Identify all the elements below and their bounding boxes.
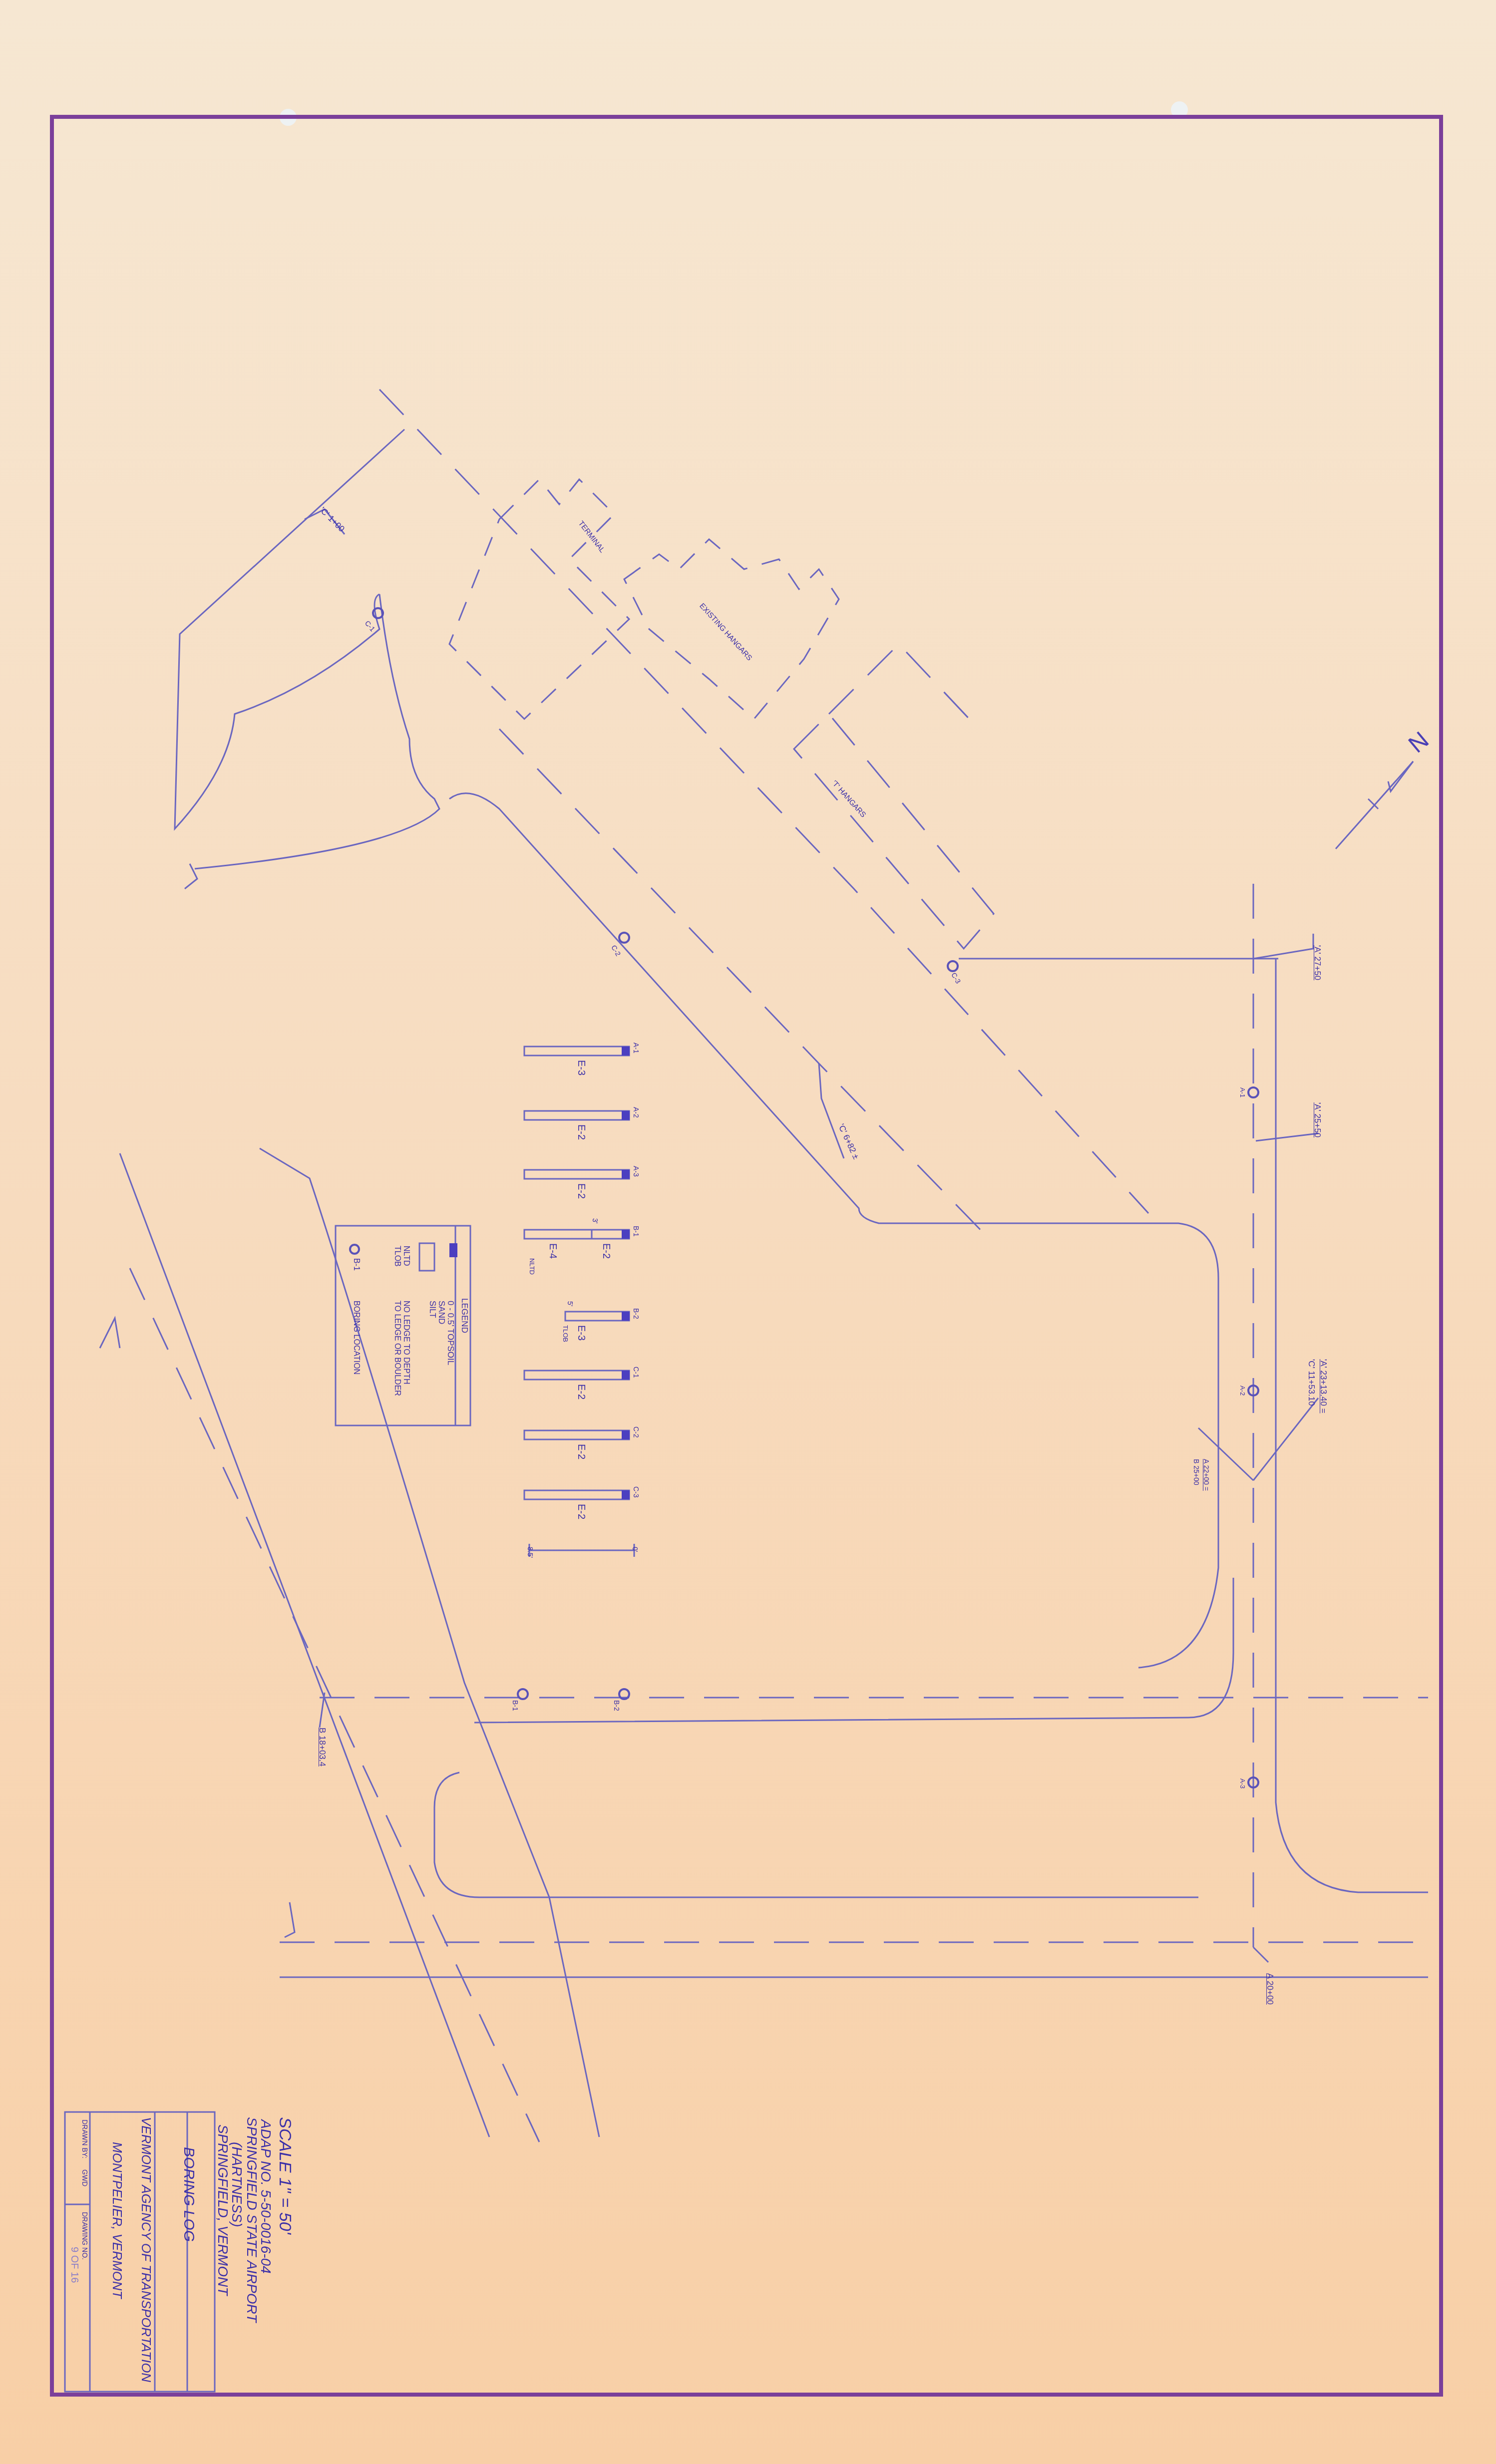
terminal-building: [449, 479, 629, 719]
leader-a-23-13: [1253, 1398, 1318, 1480]
legend-topsoil: 0 - 0.5' TOPSOIL: [445, 1301, 455, 1365]
log-class-2: E-4: [547, 1243, 558, 1259]
drawn-by-label: DRAWN BY:: [81, 2119, 89, 2158]
log-depth-mark: 3': [591, 1218, 599, 1223]
drawn-by-value: GWD: [81, 2169, 89, 2186]
leader-c-6-82: [819, 1063, 844, 1158]
boring-label: B-1: [511, 1700, 519, 1711]
break-mark: [185, 864, 197, 889]
airport-name: SPRINGFIELD STATE AIRPORT: [244, 2117, 260, 2322]
drawing-no-value: 9 OF 16: [68, 2247, 80, 2283]
existing-hangars-building: [624, 539, 839, 719]
taxiway-b-edge-bottom: [434, 1772, 1198, 1897]
log-id: B-1: [632, 1226, 640, 1237]
break-mark: [285, 1902, 295, 1937]
log-class: E-2: [575, 1183, 587, 1199]
station-a-20-00: A 20+00: [1265, 1973, 1275, 2005]
site-plan: N: [0, 0, 1496, 2464]
station-a-22-00: A 22+00 =: [1202, 1459, 1210, 1491]
boring-label: A-1: [1239, 1087, 1246, 1097]
scale-label: SCALE 1" = 50': [275, 2117, 295, 2234]
t-hangars-building: [794, 714, 994, 949]
log-class: E-3: [575, 1060, 587, 1075]
legend-tlob-abbr: TLOB: [392, 1246, 401, 1267]
log-class: E-2: [575, 1124, 587, 1140]
agency-city: MONTPELIER, VERMONT: [109, 2142, 125, 2298]
taxiway-b-edge-top: [474, 1578, 1233, 1723]
taxiway-c-centerline: [499, 729, 989, 1238]
log-id: A-1: [632, 1043, 640, 1054]
log-id: C-2: [632, 1426, 640, 1438]
leader-a-25-50: [1256, 1133, 1318, 1141]
legend-boring-symbol-label: B-1: [352, 1258, 361, 1271]
log-id: B-2: [632, 1308, 640, 1319]
north-label: N: [1404, 727, 1434, 758]
log-id: C-1: [632, 1367, 640, 1378]
log-depth-mark: 5': [566, 1301, 574, 1306]
legend-boring-text: BORING LOCATION: [352, 1301, 361, 1375]
drawing-sheet: N: [0, 0, 1496, 2464]
airport-location: SPRINGFIELD, VERMONT: [215, 2124, 231, 2295]
boring-label: A-3: [1239, 1778, 1246, 1788]
project-number: ADAP NO. 5-50-0016-04: [258, 2119, 274, 2274]
sheet-title: BORING LOG: [180, 2147, 197, 2242]
log-note: NLTD: [528, 1258, 536, 1275]
log-id: A-3: [632, 1166, 640, 1177]
station-b-25-00: B 25+00: [1192, 1459, 1200, 1485]
station-a-23-13: 'A' 23+13.40 =: [1318, 1359, 1328, 1413]
legend-title: LEGEND: [459, 1298, 469, 1333]
log-class: E-2: [575, 1504, 587, 1519]
depth-scale-top: 0': [631, 1547, 639, 1552]
log-class: E-2: [575, 1444, 587, 1459]
legend-nltd-abbr: NLTD: [401, 1246, 410, 1266]
boring-label: B-2: [613, 1700, 621, 1711]
log-class: E-3: [575, 1325, 587, 1341]
station-a-25-50: 'A' 25+50: [1312, 1102, 1322, 1137]
legend-tlob-text: TO LEDGE OR BOULDER: [392, 1301, 401, 1396]
boring-columns: [524, 1047, 634, 1557]
log-class: E-2: [575, 1384, 587, 1400]
taxiway-c-edge-1: [379, 389, 1148, 1213]
airport-name-2: (HARTNESS): [229, 2142, 245, 2227]
legend-silt: SILT: [427, 1301, 437, 1318]
log-note: TLOB: [562, 1325, 569, 1342]
log-class: E-2: [600, 1243, 612, 1259]
leader-a-27-50: [1253, 934, 1313, 959]
station-b-18-03: B 18+03.4: [317, 1728, 327, 1766]
break-mark: [100, 1318, 120, 1348]
log-id: A-2: [632, 1107, 640, 1118]
leader-a-20-00: [1253, 1947, 1268, 1962]
boring-symbols: [373, 608, 1258, 1787]
diag-runway-edge-2: [260, 1148, 599, 2137]
depth-scale-bottom: 8.5': [526, 1547, 534, 1558]
boring-label: A-2: [1239, 1386, 1246, 1396]
runway-a-edge-right: [1276, 959, 1428, 1892]
agency-name: VERMONT AGENCY OF TRANSPORTATION: [138, 2117, 154, 2382]
legend-nltd-text: NO LEDGE TO DEPTH: [401, 1301, 410, 1384]
drawing-no-label: DRAWING NO.: [81, 2212, 89, 2260]
station-c-11-53: 'C' 11+53.10: [1306, 1359, 1316, 1406]
diag-runway-centerline: [130, 1268, 539, 2142]
station-a-27-50: 'A' 27+50: [1312, 945, 1322, 980]
hangar-apron-line: [829, 644, 979, 729]
log-id: C-3: [632, 1486, 640, 1498]
legend-sand: SAND: [436, 1301, 446, 1324]
